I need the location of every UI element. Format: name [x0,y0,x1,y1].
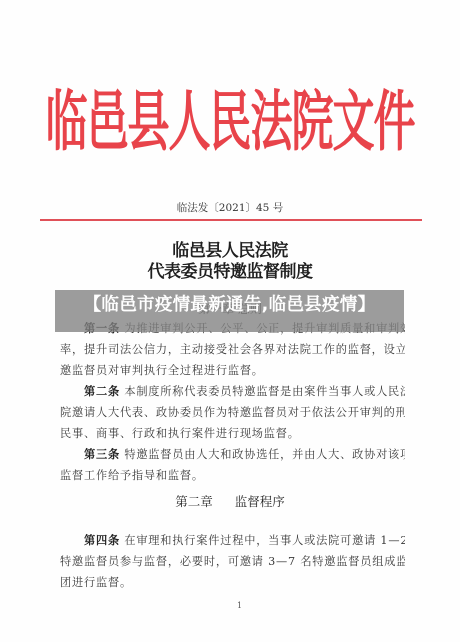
article-2-line-3: 民事、商事、行政和执行案件进行现场监督。 [60,423,405,444]
article-3-line-1: 特邀监督员由人大和政协选任，并由人大、政协对该项 [124,448,405,461]
red-divider-rule [40,219,422,221]
caption-overlay-text: 【临邑市疫情最新通告,临邑县疫情】 [55,292,404,318]
article-4-line-1: 在审理和执行案件过程中，当事人或法院可邀请 1—2 名 [124,534,405,547]
article-4-lead: 第四条 [84,533,120,547]
chapter-2-number: 第二章 [175,494,213,509]
article-3: 第三条 特邀监督员由人大和政协选任，并由人大、政协对该项 监督工作给予指导和监督… [60,444,405,486]
article-1-line-2: 率，提升司法公信力，主动接受社会各界对法院工作的监督，设立特 [60,339,405,360]
article-1-line-3: 邀监督员对审判执行全过程进行监督。 [60,360,405,381]
article-2: 第二条 本制度所称代表委员特邀监督是由案件当事人或人民法 院邀请人大代表、政协委… [60,381,405,444]
article-2-lead: 第二条 [84,384,120,398]
document-subtitle-line-2: 代表委员特邀监督制度 [0,257,460,282]
page-number: 1 [237,601,242,610]
chapter-2-heading: 第二章监督程序 [0,492,460,510]
article-3-lead: 第三条 [84,447,120,461]
article-3-line-2: 监督工作给予指导和监督。 [60,465,405,486]
article-2-line-1: 本制度所称代表委员特邀监督是由案件当事人或人民法 [124,385,405,398]
article-4-line-3: 团进行监督。 [60,572,405,593]
chapter-2-title: 监督程序 [235,494,285,509]
article-4: 第四条 在审理和执行案件过程中，当事人或法院可邀请 1—2 名 特邀监督员参与监… [60,530,405,593]
document-number: 临法发〔2021〕45 号 [0,200,460,215]
article-4-line-2: 特邀监督员参与监督，必要时，可邀请 3—7 名特邀监督员组成监督 [60,551,405,572]
article-2-line-2: 院邀请人大代表、政协委员作为特邀监督员对于依法公开审判的刑事 [60,402,405,423]
red-header-title: 临邑县人民法院文件 [0,88,460,156]
